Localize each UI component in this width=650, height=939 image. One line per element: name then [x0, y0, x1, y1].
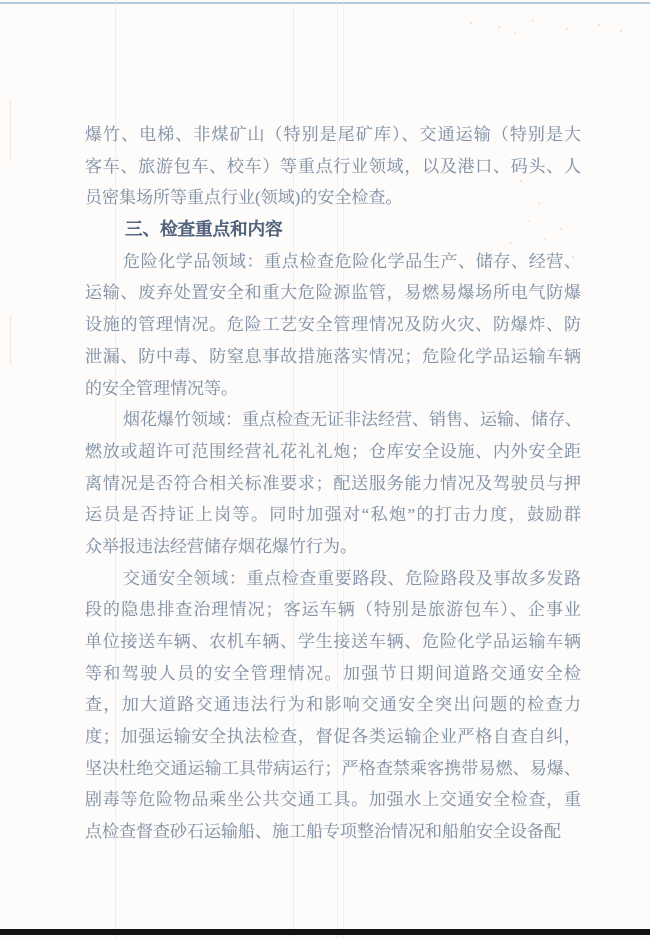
scanned-document-page: 爆竹、电梯、非煤矿山（特别是尾矿库）、交通运输（特别是大客车、旅游包车、校车）等…: [0, 0, 650, 939]
scan-edge-bottom-bar: [0, 929, 650, 935]
text-line: 查，加大道路交通违法行为和影响交通安全突出问题的检查力: [85, 689, 581, 721]
text-line: 烟花爆竹领域：重点检查无证非法经营、销售、运输、储存、: [85, 404, 581, 436]
text-line: 运输、废弃处置安全和重大危险源监管，易燃易爆场所电气防爆: [85, 277, 581, 309]
text-line: 爆竹、电梯、非煤矿山（特别是尾矿库）、交通运输（特别是大: [85, 119, 581, 151]
text-line: 剧毒等危险物品乘坐公共交通工具。加强水上交通安全检查，重: [85, 784, 581, 816]
document-text: 爆竹、电梯、非煤矿山（特别是尾矿库）、交通运输（特别是大客车、旅游包车、校车）等…: [85, 119, 581, 848]
scan-fold-line: [10, 315, 11, 365]
text-line: 等和驾驶人员的安全管理情况。加强节日期间道路交通安全检: [85, 658, 581, 690]
section-heading: 三、检查重点和内容: [85, 214, 581, 246]
text-line: 段的隐患排查治理情况；客运车辆（特别是旅游包车）、企事业: [85, 594, 581, 626]
text-line: 员密集场所等重点行业(领域)的安全检查。: [85, 182, 581, 214]
text-line: 坚决杜绝交通运输工具带病运行；严格查禁乘客携带易燃、易爆、: [85, 753, 581, 785]
text-line: 运员是否持证上岗等。同时加强对“私炮”的打击力度，鼓励群: [85, 499, 581, 531]
text-line: 设施的管理情况。危险工艺安全管理情况及防火灾、防爆炸、防: [85, 309, 581, 341]
scan-fold-line: [10, 100, 11, 162]
text-line: 危险化学品领域：重点检查危险化学品生产、储存、经营、: [85, 246, 581, 278]
text-line: 点检查督查砂石运输船、施工船专项整治情况和船舶安全设备配: [85, 816, 581, 848]
text-line: 泄漏、防中毒、防窒息事故措施落实情况；危险化学品运输车辆: [85, 341, 581, 373]
scan-noise-speckles: [470, 22, 472, 24]
text-line: 燃放或超许可范围经营礼花礼礼炮；仓库安全设施、内外安全距: [85, 436, 581, 468]
text-line: 的安全管理情况等。: [85, 373, 581, 405]
text-line: 度；加强运输安全执法检查，督促各类运输企业严格自查自纠，: [85, 721, 581, 753]
text-line: 客车、旅游包车、校车）等重点行业领域，以及港口、码头、人: [85, 151, 581, 183]
text-line: 众举报违法经营储存烟花爆竹行为。: [85, 531, 581, 563]
text-line: 交通安全领域：重点检查重要路段、危险路段及事故多发路: [85, 563, 581, 595]
scan-edge-top-line: [0, 2, 650, 4]
text-line: 单位接送车辆、农机车辆、学生接送车辆、危险化学品运输车辆: [85, 626, 581, 658]
text-line: 离情况是否符合相关标准要求；配送服务能力情况及驾驶员与押: [85, 468, 581, 500]
